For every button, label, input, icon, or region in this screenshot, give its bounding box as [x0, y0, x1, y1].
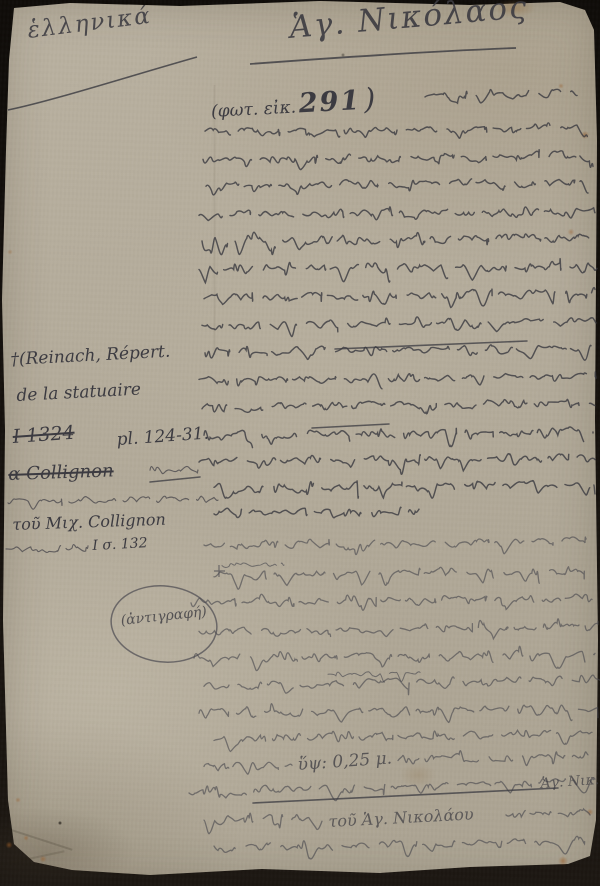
photo-reference-paren: )	[363, 81, 376, 116]
corner-label-underline	[8, 57, 197, 110]
scanned-page: ἑλληνικά Ἁγ. Νικόλαος (φωτ. εἰκ. 291 ) †…	[0, 0, 600, 886]
photo-reference-prefix: (φωτ. εἰκ.	[211, 98, 297, 122]
margin-citation-line4-struck: α Collignon	[8, 460, 114, 485]
margin-citation-line7: Ι σ. 132	[92, 535, 148, 554]
margin-citation-line3-struck: Ι 1324	[12, 422, 75, 448]
photo-reference-number: 291	[298, 85, 362, 119]
title-underline	[250, 48, 516, 64]
handwriting-svg	[0, 0, 600, 886]
